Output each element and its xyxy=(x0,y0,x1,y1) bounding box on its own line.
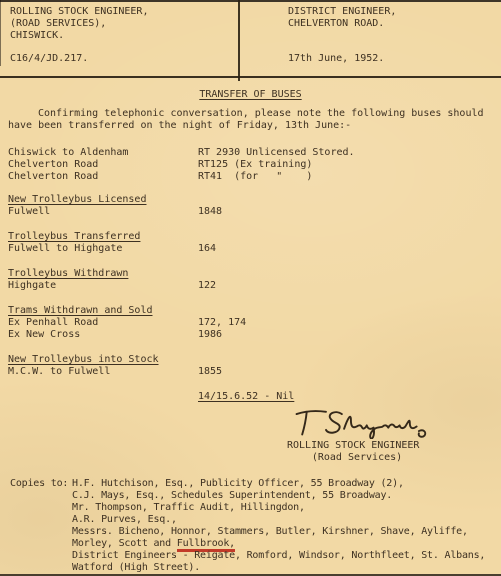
copies-line: C.J. Mays, Esq., Schedules Superintenden… xyxy=(72,490,485,502)
section-new-trolleybus-licensed: New Trolleybus Licensed Fulwell 1848 xyxy=(8,194,246,218)
fleet-number: 1855 xyxy=(198,366,222,378)
nil-note-wrap: 14/15.6.52 - Nil xyxy=(198,391,294,403)
section-location: M.C.W. to Fulwell xyxy=(8,366,198,378)
transfer-vehicle: RT125 (Ex training) xyxy=(198,159,312,171)
transfer-vehicle: RT 2930 Unlicensed Stored. xyxy=(198,147,355,159)
signatory-role: ROLLING STOCK ENGINEER xyxy=(287,440,427,452)
reference-number: C16/4/JD.217. xyxy=(10,53,88,65)
document-title-wrap: TRANSFER OF BUSES xyxy=(0,89,501,101)
transfer-location: Chiswick to Aldenham xyxy=(8,147,198,159)
section-new-trolleybus-into-stock: New Trolleybus into Stock M.C.W. to Fulw… xyxy=(8,354,246,378)
intro-line: have been transferred on the night of Fr… xyxy=(8,120,484,132)
signatory-role-sub: (Road Services) xyxy=(287,452,427,464)
copies-line: Messrs. Bicheno, Honnor, Stammers, Butle… xyxy=(72,526,485,538)
fleet-number: 172, 174 xyxy=(198,317,246,329)
memo-document: ROLLING STOCK ENGINEER, (ROAD SERVICES),… xyxy=(0,0,501,576)
transfer-row: Chelverton Road RT41 (for " ) xyxy=(8,171,355,183)
section-heading: New Trolleybus Licensed xyxy=(8,194,246,206)
sender-line: ROLLING STOCK ENGINEER, xyxy=(10,6,148,18)
letterhead-rule xyxy=(0,76,501,78)
section-heading: Trams Withdrawn and Sold xyxy=(8,305,246,317)
recipient-address: DISTRICT ENGINEER, CHELVERTON ROAD. xyxy=(288,6,396,30)
sender-address: ROLLING STOCK ENGINEER, (ROAD SERVICES),… xyxy=(10,6,148,42)
section-location: Ex New Cross xyxy=(8,329,198,341)
section-row: Ex New Cross 1986 xyxy=(8,329,246,341)
intro-paragraph: Confirming telephonic conversation, plea… xyxy=(8,108,484,132)
sender-line: CHISWICK. xyxy=(10,30,148,42)
copies-line: H.F. Hutchison, Esq., Publicity Officer,… xyxy=(72,478,485,490)
copies-line: A.R. Purves, Esq., xyxy=(72,514,485,526)
fleet-number: 1986 xyxy=(198,329,222,341)
transfer-list: Chiswick to Aldenham RT 2930 Unlicensed … xyxy=(8,147,355,183)
section-location: Fulwell xyxy=(8,206,198,218)
fleet-number: 122 xyxy=(198,280,216,292)
fleet-sections: New Trolleybus Licensed Fulwell 1848 Tro… xyxy=(8,194,246,378)
copies-label: Copies to: xyxy=(10,478,72,574)
sender-line: (ROAD SERVICES), xyxy=(10,18,148,30)
section-location: Highgate xyxy=(8,280,198,292)
section-heading: Trolleybus Withdrawn xyxy=(8,268,246,280)
section-heading: Trolleybus Transferred xyxy=(8,231,246,243)
recipient-line: DISTRICT ENGINEER, xyxy=(288,6,396,18)
transfer-vehicle: RT41 (for " ) xyxy=(198,171,312,183)
section-trolleybus-transferred: Trolleybus Transferred Fulwell to Highga… xyxy=(8,231,246,255)
section-row: Fulwell to Highgate 164 xyxy=(8,243,246,255)
transfer-location: Chelverton Road xyxy=(8,171,198,183)
copies-line: District Engineers - Reigate, Romford, W… xyxy=(72,550,485,562)
section-row: Highgate 122 xyxy=(8,280,246,292)
distribution-list: Copies to: H.F. Hutchison, Esq., Publici… xyxy=(10,478,485,574)
fleet-number: 164 xyxy=(198,243,216,255)
signature-handwriting xyxy=(292,405,437,439)
copies-line-marked: Morley, Scott and Fullbrook, xyxy=(72,538,485,550)
transfer-row: Chelverton Road RT125 (Ex training) xyxy=(8,159,355,171)
intro-line: Confirming telephonic conversation, plea… xyxy=(8,108,484,120)
transfer-row: Chiswick to Aldenham RT 2930 Unlicensed … xyxy=(8,147,355,159)
copies-line: Mr. Thompson, Traffic Audit, Hillingdon, xyxy=(72,502,485,514)
nil-note: 14/15.6.52 - Nil xyxy=(198,391,294,402)
section-row: Ex Penhall Road 172, 174 xyxy=(8,317,246,329)
transfer-location: Chelverton Road xyxy=(8,159,198,171)
letterhead-divider xyxy=(238,0,240,81)
copies-line: Watford (High Street). xyxy=(72,562,485,574)
document-title: TRANSFER OF BUSES xyxy=(199,89,301,100)
scan-edge-top xyxy=(0,0,501,2)
section-heading: New Trolleybus into Stock xyxy=(8,354,246,366)
section-trams-withdrawn-sold: Trams Withdrawn and Sold Ex Penhall Road… xyxy=(8,305,246,341)
section-location: Ex Penhall Road xyxy=(8,317,198,329)
section-row: M.C.W. to Fulwell 1855 xyxy=(8,366,246,378)
section-location: Fulwell to Highgate xyxy=(8,243,198,255)
section-row: Fulwell 1848 xyxy=(8,206,246,218)
section-trolleybus-withdrawn: Trolleybus Withdrawn Highgate 122 xyxy=(8,268,246,292)
scan-edge-left xyxy=(0,0,1,66)
date: 17th June, 1952. xyxy=(288,53,384,65)
fleet-number: 1848 xyxy=(198,206,222,218)
recipient-line: CHELVERTON ROAD. xyxy=(288,18,396,30)
copies-lines: H.F. Hutchison, Esq., Publicity Officer,… xyxy=(72,478,485,574)
copies-line-prefix: Morley, Scott and xyxy=(72,538,177,549)
